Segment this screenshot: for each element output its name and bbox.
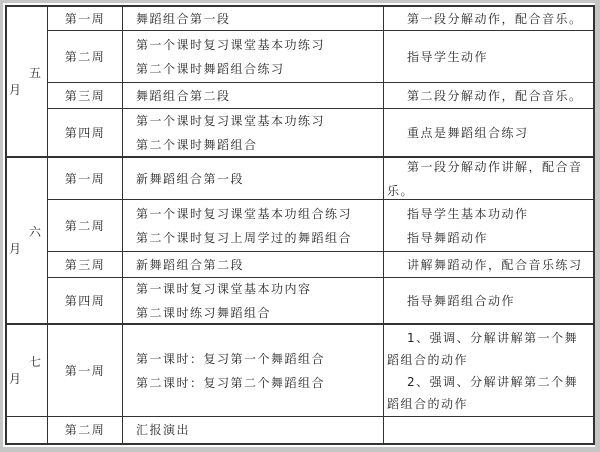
page-frame: 五 月 六 月 七 月 第一周 舞蹈组合第一段 第一段分解动作，配合音乐。 第二… xyxy=(0,0,600,452)
lesson-content-line: 第二个课时复习上周学过的舞蹈组合 xyxy=(136,226,379,250)
cell-content: 第一课时复习课堂基本功内容 第二课时练习舞蹈组合 xyxy=(123,278,384,325)
lesson-content-line: 舞蹈组合第一段 xyxy=(136,7,379,31)
week-label: 第二周 xyxy=(65,214,106,238)
cell-content: 第一个课时复习课堂基本功练习 第二个课时舞蹈组合 xyxy=(123,109,384,158)
lesson-content-line: 第二个课时舞蹈组合 xyxy=(136,133,379,157)
cell-week: 第三周 xyxy=(48,83,123,109)
cell-month-empty xyxy=(7,417,48,443)
cell-notes: 讲解舞蹈动作，配合音乐练习 xyxy=(384,252,593,278)
note-line: 指导学生动作 xyxy=(387,45,589,69)
week-label: 第一周 xyxy=(65,7,106,31)
cell-week: 第四周 xyxy=(48,278,123,325)
cell-week: 第二周 xyxy=(48,31,123,83)
cell-week: 第二周 xyxy=(48,417,123,443)
cell-week: 第一周 xyxy=(48,7,123,31)
cell-content: 第一课时：复习第一个舞蹈组合 第二课时：复习第二个舞蹈组合 xyxy=(123,325,384,417)
cell-notes: 指导学生动作 xyxy=(384,31,593,83)
cell-content: 新舞蹈组合第一段 xyxy=(123,158,384,200)
note-line: 第一段分解动作讲解，配合音乐。 xyxy=(387,158,589,200)
note-line: 第二段分解动作，配合音乐。 xyxy=(387,84,589,108)
lesson-content-line: 第一个课时复习课堂基本功练习 xyxy=(136,33,379,57)
week-label: 第二周 xyxy=(65,418,106,442)
cell-month-may: 五 月 xyxy=(7,7,48,158)
cell-content: 舞蹈组合第一段 xyxy=(123,7,384,31)
month-label-july-top: 七 xyxy=(7,354,47,371)
cell-week: 第四周 xyxy=(48,109,123,158)
lesson-content-line: 第二个课时舞蹈组合练习 xyxy=(136,57,379,81)
month-label-june-top: 六 xyxy=(7,224,47,241)
cell-week: 第三周 xyxy=(48,252,123,278)
month-label-july-bottom: 月 xyxy=(7,371,47,388)
cell-notes: 指导学生基本功动作 指导舞蹈动作 xyxy=(384,200,593,252)
note-line: 讲解舞蹈动作，配合音乐练习 xyxy=(387,253,589,277)
month-label-may-top: 五 xyxy=(7,65,47,82)
note-line: 指导舞蹈动作 xyxy=(387,226,589,250)
lesson-content-line: 新舞蹈组合第一段 xyxy=(136,167,379,191)
cell-content: 舞蹈组合第二段 xyxy=(123,83,384,109)
cell-content: 第一个课时复习课堂基本功组合练习 第二个课时复习上周学过的舞蹈组合 xyxy=(123,200,384,252)
week-label: 第三周 xyxy=(65,253,106,277)
cell-notes: 重点是舞蹈组合练习 xyxy=(384,109,593,158)
week-label: 第一周 xyxy=(65,359,106,383)
cell-notes: 第一段分解动作讲解，配合音乐。 xyxy=(384,158,593,200)
lesson-content-line: 第一个课时复习课堂基本功练习 xyxy=(136,109,379,133)
lesson-content-line: 第二课时：复习第二个舞蹈组合 xyxy=(136,371,379,395)
cell-notes: 指导舞蹈组合动作 xyxy=(384,278,593,325)
month-label-june-bottom: 月 xyxy=(7,241,47,258)
cell-notes: 第二段分解动作，配合音乐。 xyxy=(384,83,593,109)
note-line: 指导舞蹈组合动作 xyxy=(387,289,589,313)
lesson-content-line: 第一个课时复习课堂基本功组合练习 xyxy=(136,202,379,226)
cell-notes: 第一段分解动作，配合音乐。 xyxy=(384,7,593,31)
lesson-content-line: 第一课时：复习第一个舞蹈组合 xyxy=(136,347,379,371)
cell-content: 汇报演出 xyxy=(123,417,384,443)
week-label: 第三周 xyxy=(65,84,106,108)
cell-content: 第一个课时复习课堂基本功练习 第二个课时舞蹈组合练习 xyxy=(123,31,384,83)
schedule-table: 五 月 六 月 七 月 第一周 舞蹈组合第一段 第一段分解动作，配合音乐。 第二… xyxy=(5,5,595,445)
week-label: 第四周 xyxy=(65,289,106,313)
note-line: 1、强调、分解讲解第一个舞蹈组合的动作 xyxy=(387,327,589,371)
note-line: 第一段分解动作，配合音乐。 xyxy=(387,7,589,31)
lesson-content-line: 第一课时复习课堂基本功内容 xyxy=(136,278,379,301)
week-label: 第四周 xyxy=(65,121,106,145)
cell-month-july: 七 月 xyxy=(7,325,48,417)
cell-notes xyxy=(384,417,593,443)
cell-week: 第一周 xyxy=(48,158,123,200)
note-line: 2、强调、分解讲解第二个舞蹈组合的动作 xyxy=(387,371,589,415)
cell-content: 新舞蹈组合第二段 xyxy=(123,252,384,278)
cell-week: 第二周 xyxy=(48,200,123,252)
cell-month-june: 六 月 xyxy=(7,158,48,325)
lesson-content-line: 第二课时练习舞蹈组合 xyxy=(136,301,379,325)
note-line: 指导学生基本功动作 xyxy=(387,202,589,226)
cell-week: 第一周 xyxy=(48,325,123,417)
lesson-content-line: 舞蹈组合第二段 xyxy=(136,84,379,108)
month-label-may-bottom: 月 xyxy=(7,82,47,99)
lesson-content-line: 汇报演出 xyxy=(136,418,379,442)
note-line: 重点是舞蹈组合练习 xyxy=(387,121,589,145)
week-label: 第二周 xyxy=(65,45,106,69)
week-label: 第一周 xyxy=(65,167,106,191)
lesson-content-line: 新舞蹈组合第二段 xyxy=(136,253,379,277)
cell-notes: 1、强调、分解讲解第一个舞蹈组合的动作 2、强调、分解讲解第二个舞蹈组合的动作 xyxy=(384,325,593,417)
